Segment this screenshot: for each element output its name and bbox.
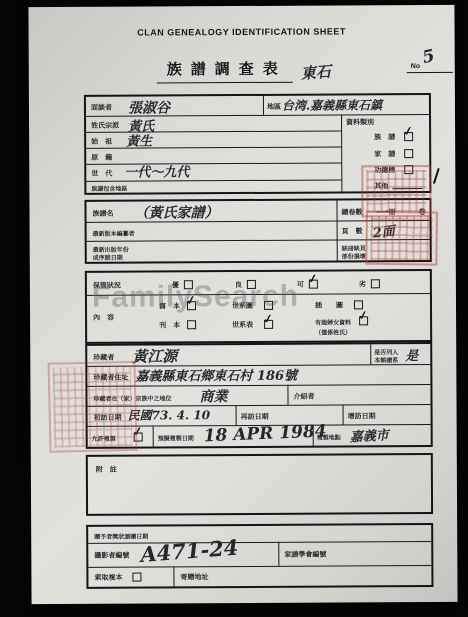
field-send-address-label: 寄贈地址	[180, 572, 208, 582]
seal-pattern	[53, 366, 133, 448]
category-title: 資料類別	[346, 117, 374, 127]
form-title-chinese: 族譜調查表	[157, 58, 293, 84]
rule	[153, 425, 154, 446]
field-founder-label: 始 祖	[91, 137, 112, 147]
field-listed-value: 是	[405, 345, 418, 364]
seal-pattern	[366, 170, 426, 212]
checkmark: ✓	[357, 308, 369, 324]
content-option-women-data: 有媳婦女資料	[315, 317, 351, 326]
field-introducer-label: 介紹者	[293, 392, 314, 402]
field-generation-value: 一代～九代	[124, 161, 189, 180]
field-pages-label: 頁 數	[342, 226, 363, 236]
category-option-zupu: 族 譜	[374, 132, 395, 142]
condition-checkbox-fair: ✓	[309, 280, 318, 289]
section-condition-contents: 保管狀況 優 良 可 ✓ 劣 內 容 寫 本 ✓ 世系圖 插 圖 刊 本 世系表…	[85, 269, 432, 344]
section-holder-visits: 珍藏者 黃江源 是否列入 本館譜系 是 珍藏者住址 嘉義縣東石鄉東石村 186號…	[85, 342, 433, 449]
field-origin-label: 原 籍	[91, 153, 112, 163]
pen-mark	[433, 168, 440, 184]
field-interviewer-label: 面談者	[91, 103, 112, 113]
section-numbering: 贈予者獎狀頒贈日期 攝影者編號 A471-24 家譜學會編號 索取複本 寄贈地址	[86, 523, 433, 589]
condition-option-fair: 可	[297, 280, 304, 290]
field-condition-label: 保管狀況	[93, 281, 121, 291]
rule	[87, 293, 430, 296]
content-option-lineage-table: 世系表	[232, 320, 253, 330]
checkmark: ✓	[262, 311, 274, 327]
field-holder-value: 黃江源	[132, 345, 177, 366]
condition-option-excellent: 優	[172, 280, 179, 290]
field-surname-label: 姓氏宗派	[91, 121, 119, 131]
field-generation-label: 世 代	[91, 169, 112, 179]
copy-request-checkbox	[132, 573, 141, 582]
scanned-document-frame: CLAN GENEALOGY IDENTIFICATION SHEET 族譜調查…	[0, 0, 468, 617]
category-checkbox-jiapu	[404, 149, 413, 158]
field-area-label: 地區	[267, 102, 281, 112]
field-copy-date-value: 18 APR 1984	[203, 421, 327, 446]
field-third-visit-label: 增訪日期	[348, 411, 376, 421]
rule	[341, 114, 342, 191]
field-listed-label-line2: 本館譜系	[374, 355, 398, 364]
rule	[287, 385, 288, 405]
field-coverage-label: 族譜包含地區	[91, 184, 127, 193]
condition-checkbox-good	[247, 280, 256, 289]
content-checkbox-lineage-chart	[264, 301, 273, 310]
section-notes: 附 註	[86, 453, 433, 516]
condition-option-good: 良	[235, 280, 242, 290]
field-second-visit-label: 再訪日期	[241, 412, 269, 422]
red-seal-stamp-left	[48, 361, 138, 453]
field-area-value: 台湾.嘉義縣東石鎮	[282, 96, 382, 114]
content-option-illustrations: 插 圖	[315, 300, 343, 310]
content-checkbox-printed	[187, 320, 196, 329]
rule	[88, 565, 431, 568]
content-option-lineage-chart: 世系圖	[232, 301, 253, 311]
field-award-date-label: 贈予者獎狀頒贈日期	[94, 531, 148, 540]
field-holder-address-value: 嘉義縣東石鄉東石村 186號	[135, 365, 297, 385]
category-checkbox-zupu: ✓	[404, 132, 413, 141]
content-checkbox-women-data: ✓	[359, 316, 368, 325]
rule	[263, 96, 264, 115]
seal-pattern	[370, 216, 433, 261]
rule	[370, 344, 371, 364]
field-founder-value: 黃生	[126, 130, 152, 149]
rule	[278, 542, 279, 566]
field-damaged-label: 部份損壞	[342, 251, 366, 260]
handwritten-area-note: 東石	[300, 61, 332, 84]
field-copy-date-label: 預擬複製日期	[158, 433, 194, 442]
rule	[86, 146, 341, 148]
checkmark: ✓	[402, 123, 414, 139]
rule	[343, 404, 344, 424]
sheet-number-value: 5	[421, 46, 437, 68]
category-option-jiapu: 家 譜	[374, 149, 395, 159]
field-clan-position-value: 商業	[199, 386, 227, 406]
field-society-number-label: 家譜學會編號	[284, 550, 326, 560]
field-editor-label: 最新版本編纂者	[93, 229, 135, 238]
field-copy-place-value: 嘉義市	[349, 424, 389, 445]
content-checkbox-lineage-table: ✓	[264, 320, 273, 329]
field-genealogy-name-value: （黃氏家譜）	[134, 202, 218, 222]
field-first-visit-value: 民國73. 4. 10	[128, 406, 211, 423]
rule	[173, 566, 174, 586]
rule	[236, 405, 237, 425]
field-content-label: 內 容	[93, 313, 114, 323]
content-women-data-note: （僅係姓氏）	[315, 327, 351, 336]
field-notes-label: 附 註	[96, 465, 117, 475]
sheet-number: No 5	[411, 55, 420, 73]
form-title-english: CLAN GENEALOGY IDENTIFICATION SHEET	[29, 26, 455, 38]
field-photographer-number-value: A471-24	[139, 535, 239, 567]
condition-option-poor: 劣	[359, 279, 366, 289]
document-paper: CLAN GENEALOGY IDENTIFICATION SHEET 族譜調查…	[28, 5, 457, 604]
content-option-printed: 刊 本	[159, 320, 180, 330]
checkmark: ✓	[307, 271, 319, 287]
red-seal-stamp-upper-right	[361, 165, 431, 217]
field-genealogy-name-label: 族譜名	[92, 209, 113, 219]
field-volumes-label: 總卷數	[341, 207, 362, 217]
field-pubyear-label-line2: 或序跋日期	[93, 253, 123, 262]
rule	[86, 130, 341, 132]
rule	[336, 201, 337, 261]
content-checkbox-manuscript: ✓	[187, 301, 196, 310]
condition-checkbox-excellent	[184, 280, 193, 289]
condition-checkbox-poor	[371, 279, 380, 288]
field-photographer-number-label: 攝影者編號	[94, 551, 129, 561]
content-option-manuscript: 寫 本	[159, 301, 180, 311]
red-seal-stamp-lower-right	[365, 211, 438, 266]
field-copy-place-label: 複製地點	[317, 432, 341, 441]
field-copy-request-label: 索取複本	[94, 573, 122, 583]
sheet-number-label: No	[411, 63, 420, 70]
sheet-number-underline	[407, 72, 453, 73]
